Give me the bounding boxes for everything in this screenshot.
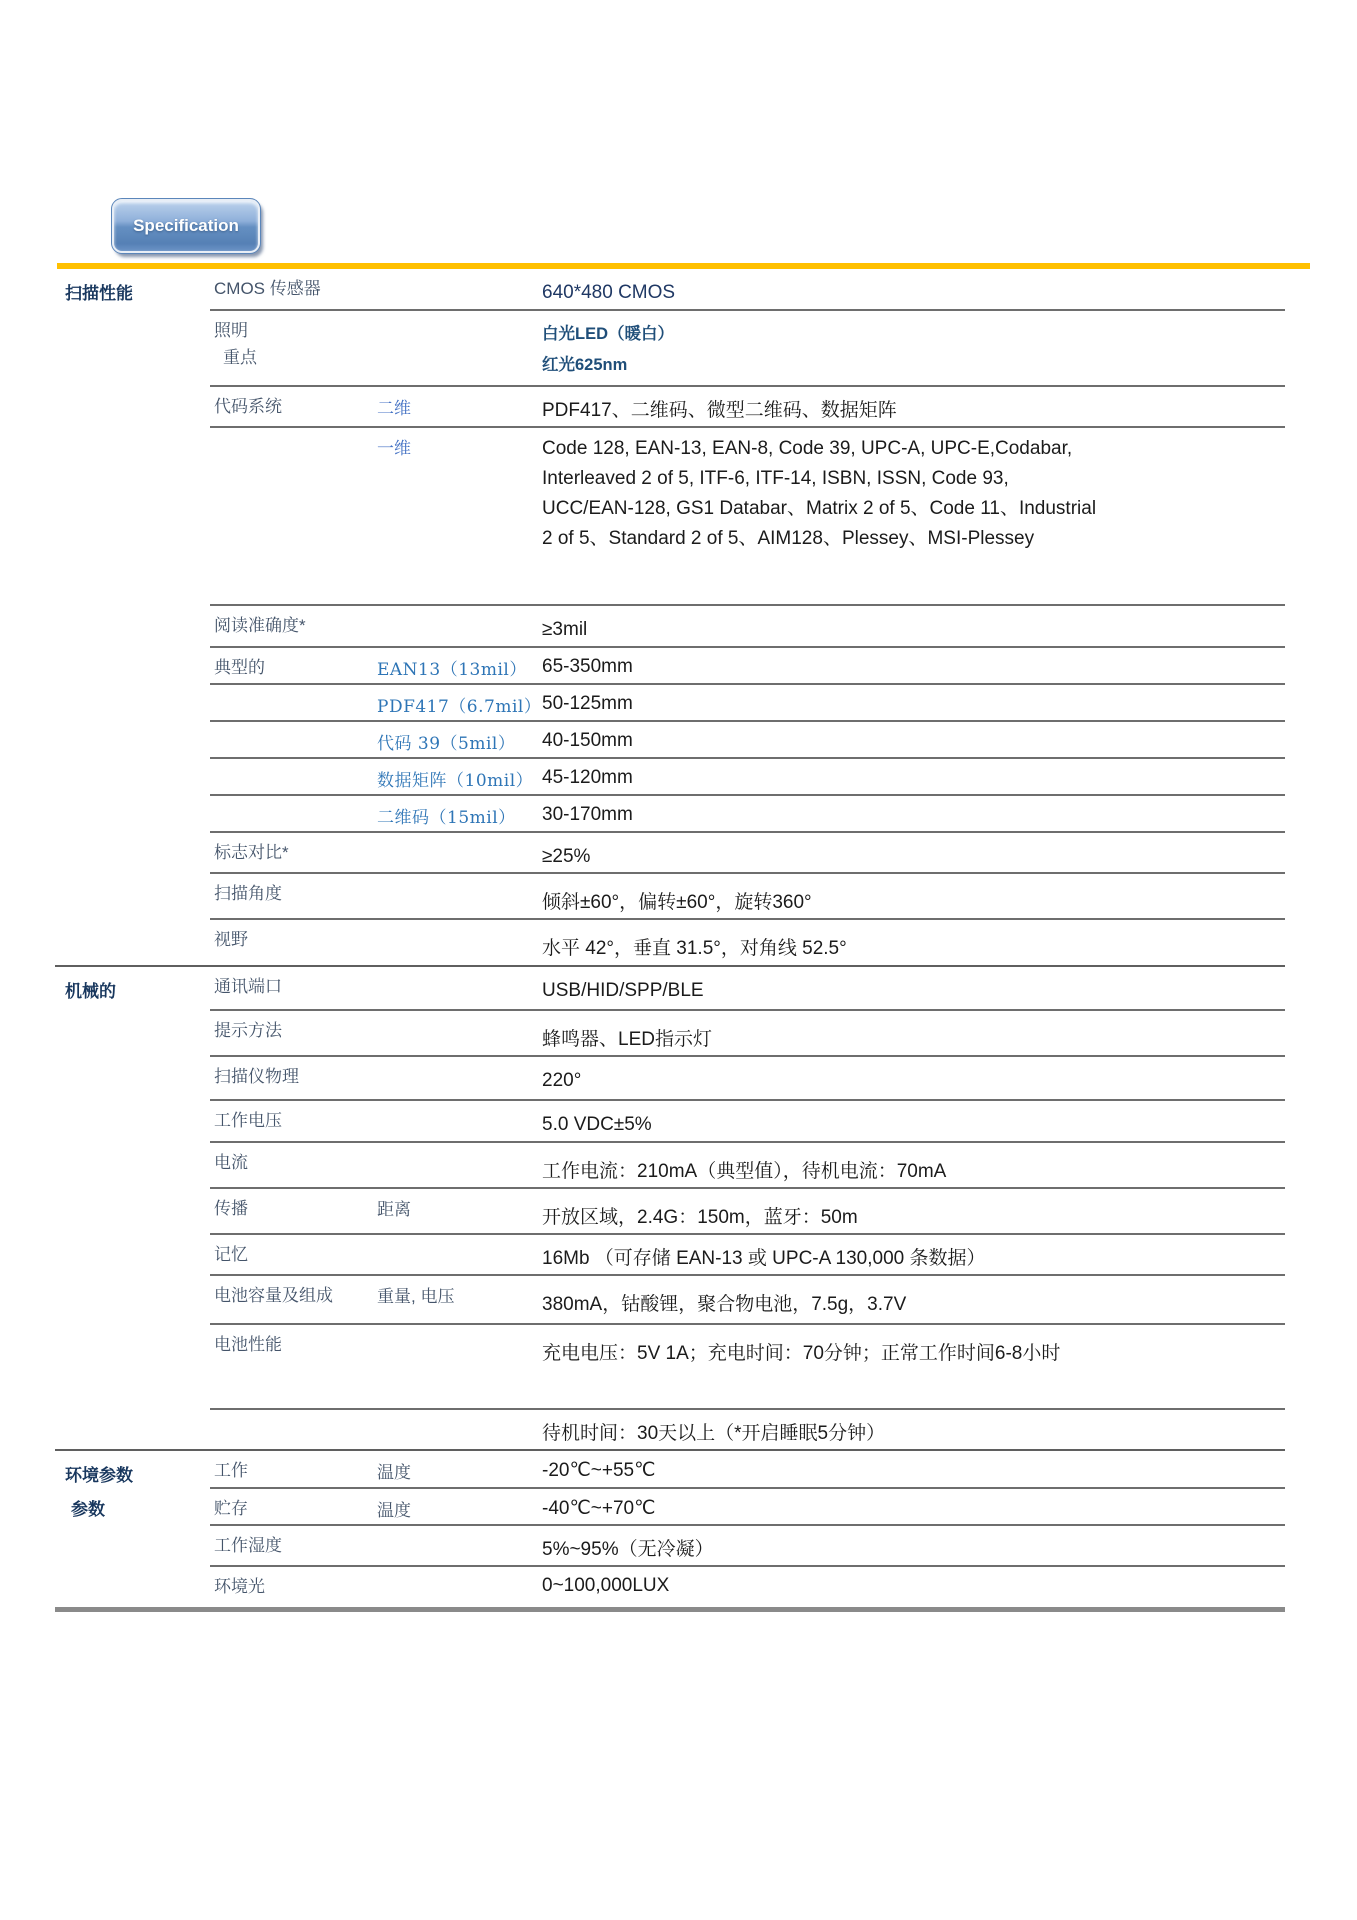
row-sublabel <box>365 606 540 646</box>
row-sublabel: 温度 <box>365 1451 540 1487</box>
row-value: -40℃~+70℃ <box>540 1489 1285 1524</box>
row-battery-capacity: 电池容量及组成 重量, 电压 380mA，钴酸锂，聚合物电池，7.5g，3.7V <box>210 1276 1285 1325</box>
row-value: 40-150mm <box>540 722 1285 757</box>
row-value: 工作电流：210mA（典型值），待机电流：70mA <box>540 1143 1285 1187</box>
row-label: 记忆 <box>210 1235 365 1274</box>
row-sublabel <box>365 967 540 1009</box>
row-label: 环境光 <box>210 1567 365 1607</box>
row-value: PDF417、二维码、微型二维码、数据矩阵 <box>540 387 1285 426</box>
row-typical-pdf417: PDF417（6.7mil） 50-125mm <box>210 685 1285 722</box>
row-cmos-sensor: CMOS 传感器 640*480 CMOS <box>210 269 1285 311</box>
row-value: 倾斜±60°，偏转±60°，旋转360° <box>540 874 1285 918</box>
section-label: 环境参数 参数 <box>55 1451 210 1607</box>
row-sublabel: 数据矩阵（10mil） <box>365 759 540 794</box>
section-rows: CMOS 传感器 640*480 CMOS 照明 重点 白光LED（暖白） 红光… <box>210 269 1285 965</box>
row-value: 充电电压：5V 1A；充电时间：70分钟；正常工作时间6-8小时 <box>540 1325 1285 1408</box>
row-value: 5%~95%（无冷凝） <box>540 1526 1285 1565</box>
row-value: 待机时间：30天以上（*开启睡眠5分钟） <box>540 1410 1285 1449</box>
row-ambient-light: 环境光 0~100,000LUX <box>210 1567 1285 1607</box>
row-value: 380mA，钴酸锂，聚合物电池，7.5g，3.7V <box>540 1276 1285 1323</box>
row-sublabel <box>365 1526 540 1565</box>
row-sublabel <box>365 874 540 918</box>
row-sublabel <box>365 269 540 309</box>
section-mechanical: 机械的 通讯端口 USB/HID/SPP/BLE 提示方法 蜂鸣器、LED指示灯… <box>55 965 1285 1449</box>
row-label: 电池容量及组成 <box>210 1276 365 1323</box>
row-field-of-view: 视野 水平 42°，垂直 31.5°，对角线 52.5° <box>210 920 1285 965</box>
row-value: ≥25% <box>540 833 1285 872</box>
row-typical-qrcode: 二维码（15mil） 30-170mm <box>210 796 1285 833</box>
row-sublabel <box>365 1101 540 1141</box>
row-sublabel <box>365 1011 540 1055</box>
row-label: 提示方法 <box>210 1011 365 1055</box>
section-rows: 工作 温度 -20℃~+55℃ 贮存 温度 -40℃~+70℃ 工作湿度 5%~… <box>210 1451 1285 1607</box>
row-sublabel <box>365 1235 540 1274</box>
row-label: 标志对比* <box>210 833 365 872</box>
section-label: 扫描性能 <box>55 269 210 965</box>
row-value: 5.0 VDC±5% <box>540 1101 1285 1141</box>
row-label <box>210 796 365 831</box>
row-value: USB/HID/SPP/BLE <box>540 967 1285 1009</box>
row-sublabel <box>365 1567 540 1607</box>
row-label <box>210 1410 365 1449</box>
section-scanning-performance: 扫描性能 CMOS 传感器 640*480 CMOS 照明 重点 白光LED（暖… <box>55 269 1285 965</box>
row-sublabel <box>365 920 540 965</box>
row-sublabel <box>365 1410 540 1449</box>
specification-badge: Specification <box>112 199 260 253</box>
row-value: 0~100,000LUX <box>540 1567 1285 1607</box>
row-typical-ean13: 典型的 EAN13（13mil） 65-350mm <box>210 648 1285 685</box>
section-environmental: 环境参数 参数 工作 温度 -20℃~+55℃ 贮存 温度 -40℃~+70℃ … <box>55 1449 1285 1607</box>
row-working-temperature: 工作 温度 -20℃~+55℃ <box>210 1451 1285 1489</box>
row-label: 贮存 <box>210 1489 365 1524</box>
row-mark-contrast: 标志对比* ≥25% <box>210 833 1285 874</box>
row-sublabel <box>365 311 540 385</box>
row-typical-datamatrix: 数据矩阵（10mil） 45-120mm <box>210 759 1285 796</box>
row-standby-time: 待机时间：30天以上（*开启睡眠5分钟） <box>210 1410 1285 1449</box>
row-prompt-method: 提示方法 蜂鸣器、LED指示灯 <box>210 1011 1285 1057</box>
row-label: 工作湿度 <box>210 1526 365 1565</box>
row-working-humidity: 工作湿度 5%~95%（无冷凝） <box>210 1526 1285 1567</box>
row-code-system-2d: 代码系统 二维 PDF417、二维码、微型二维码、数据矩阵 <box>210 387 1285 428</box>
row-label: 视野 <box>210 920 365 965</box>
row-value: 220° <box>540 1057 1285 1099</box>
row-value: 水平 42°，垂直 31.5°，对角线 52.5° <box>540 920 1285 965</box>
row-sublabel: 一维 <box>365 428 540 604</box>
row-scanner-physical: 扫描仪物理 220° <box>210 1057 1285 1101</box>
section-label: 机械的 <box>55 967 210 1449</box>
row-label: 工作电压 <box>210 1101 365 1141</box>
row-sublabel: 二维 <box>365 387 540 426</box>
row-value: 65-350mm <box>540 648 1285 683</box>
row-memory: 记忆 16Mb （可存储 EAN-13 或 UPC-A 130,000 条数据） <box>210 1235 1285 1276</box>
row-sublabel <box>365 833 540 872</box>
row-sublabel: 代码 39（5mil） <box>365 722 540 757</box>
row-sublabel: 重量, 电压 <box>365 1276 540 1323</box>
row-sublabel: PDF417（6.7mil） <box>365 685 540 720</box>
row-label <box>210 685 365 720</box>
row-scan-angle: 扫描角度 倾斜±60°，偏转±60°，旋转360° <box>210 874 1285 920</box>
row-value: ≥3mil <box>540 606 1285 646</box>
row-reading-accuracy: 阅读准确度* ≥3mil <box>210 606 1285 648</box>
row-value: 50-125mm <box>540 685 1285 720</box>
row-value: 45-120mm <box>540 759 1285 794</box>
spec-sheet-page: Specification 扫描性能 CMOS 传感器 640*480 CMOS… <box>0 0 1357 1920</box>
row-label: 通讯端口 <box>210 967 365 1009</box>
row-current: 电流 工作电流：210mA（典型值），待机电流：70mA <box>210 1143 1285 1189</box>
row-label: 照明 重点 <box>210 311 365 385</box>
row-value: 开放区域，2.4G：150m，蓝牙：50m <box>540 1189 1285 1233</box>
row-sublabel <box>365 1325 540 1408</box>
row-storage-temperature: 贮存 温度 -40℃~+70℃ <box>210 1489 1285 1526</box>
row-label: CMOS 传感器 <box>210 269 365 309</box>
row-label <box>210 759 365 794</box>
row-value: 蜂鸣器、LED指示灯 <box>540 1011 1285 1055</box>
specification-badge-label: Specification <box>133 216 239 236</box>
row-label <box>210 428 365 604</box>
row-label: 电流 <box>210 1143 365 1187</box>
row-label: 传播 <box>210 1189 365 1233</box>
row-label: 工作 <box>210 1451 365 1487</box>
section-rows: 通讯端口 USB/HID/SPP/BLE 提示方法 蜂鸣器、LED指示灯 扫描仪… <box>210 967 1285 1449</box>
row-label: 电池性能 <box>210 1325 365 1408</box>
spec-table: 扫描性能 CMOS 传感器 640*480 CMOS 照明 重点 白光LED（暖… <box>55 269 1285 1612</box>
row-value: 640*480 CMOS <box>540 269 1285 309</box>
row-label: 扫描仪物理 <box>210 1057 365 1099</box>
row-working-voltage: 工作电压 5.0 VDC±5% <box>210 1101 1285 1143</box>
row-label: 典型的 <box>210 648 365 683</box>
row-value: Code 128, EAN-13, EAN-8, Code 39, UPC-A,… <box>540 428 1285 604</box>
row-value: 16Mb （可存储 EAN-13 或 UPC-A 130,000 条数据） <box>540 1235 1285 1274</box>
row-sublabel: 二维码（15mil） <box>365 796 540 831</box>
row-label: 代码系统 <box>210 387 365 426</box>
row-value: 白光LED（暖白） 红光625nm <box>540 311 1285 385</box>
row-code-system-1d: 一维 Code 128, EAN-13, EAN-8, Code 39, UPC… <box>210 428 1285 606</box>
row-transmission: 传播 距离 开放区域，2.4G：150m，蓝牙：50m <box>210 1189 1285 1235</box>
row-sublabel: EAN13（13mil） <box>365 648 540 683</box>
row-value: 30-170mm <box>540 796 1285 831</box>
row-sublabel <box>365 1143 540 1187</box>
row-typical-code39: 代码 39（5mil） 40-150mm <box>210 722 1285 759</box>
row-illumination: 照明 重点 白光LED（暖白） 红光625nm <box>210 311 1285 387</box>
row-sublabel: 温度 <box>365 1489 540 1524</box>
row-communication-port: 通讯端口 USB/HID/SPP/BLE <box>210 967 1285 1011</box>
row-battery-performance: 电池性能 充电电压：5V 1A；充电时间：70分钟；正常工作时间6-8小时 <box>210 1325 1285 1410</box>
row-label <box>210 722 365 757</box>
row-sublabel <box>365 1057 540 1099</box>
row-label: 阅读准确度* <box>210 606 365 646</box>
row-label: 扫描角度 <box>210 874 365 918</box>
row-value: -20℃~+55℃ <box>540 1451 1285 1487</box>
row-sublabel: 距离 <box>365 1189 540 1233</box>
